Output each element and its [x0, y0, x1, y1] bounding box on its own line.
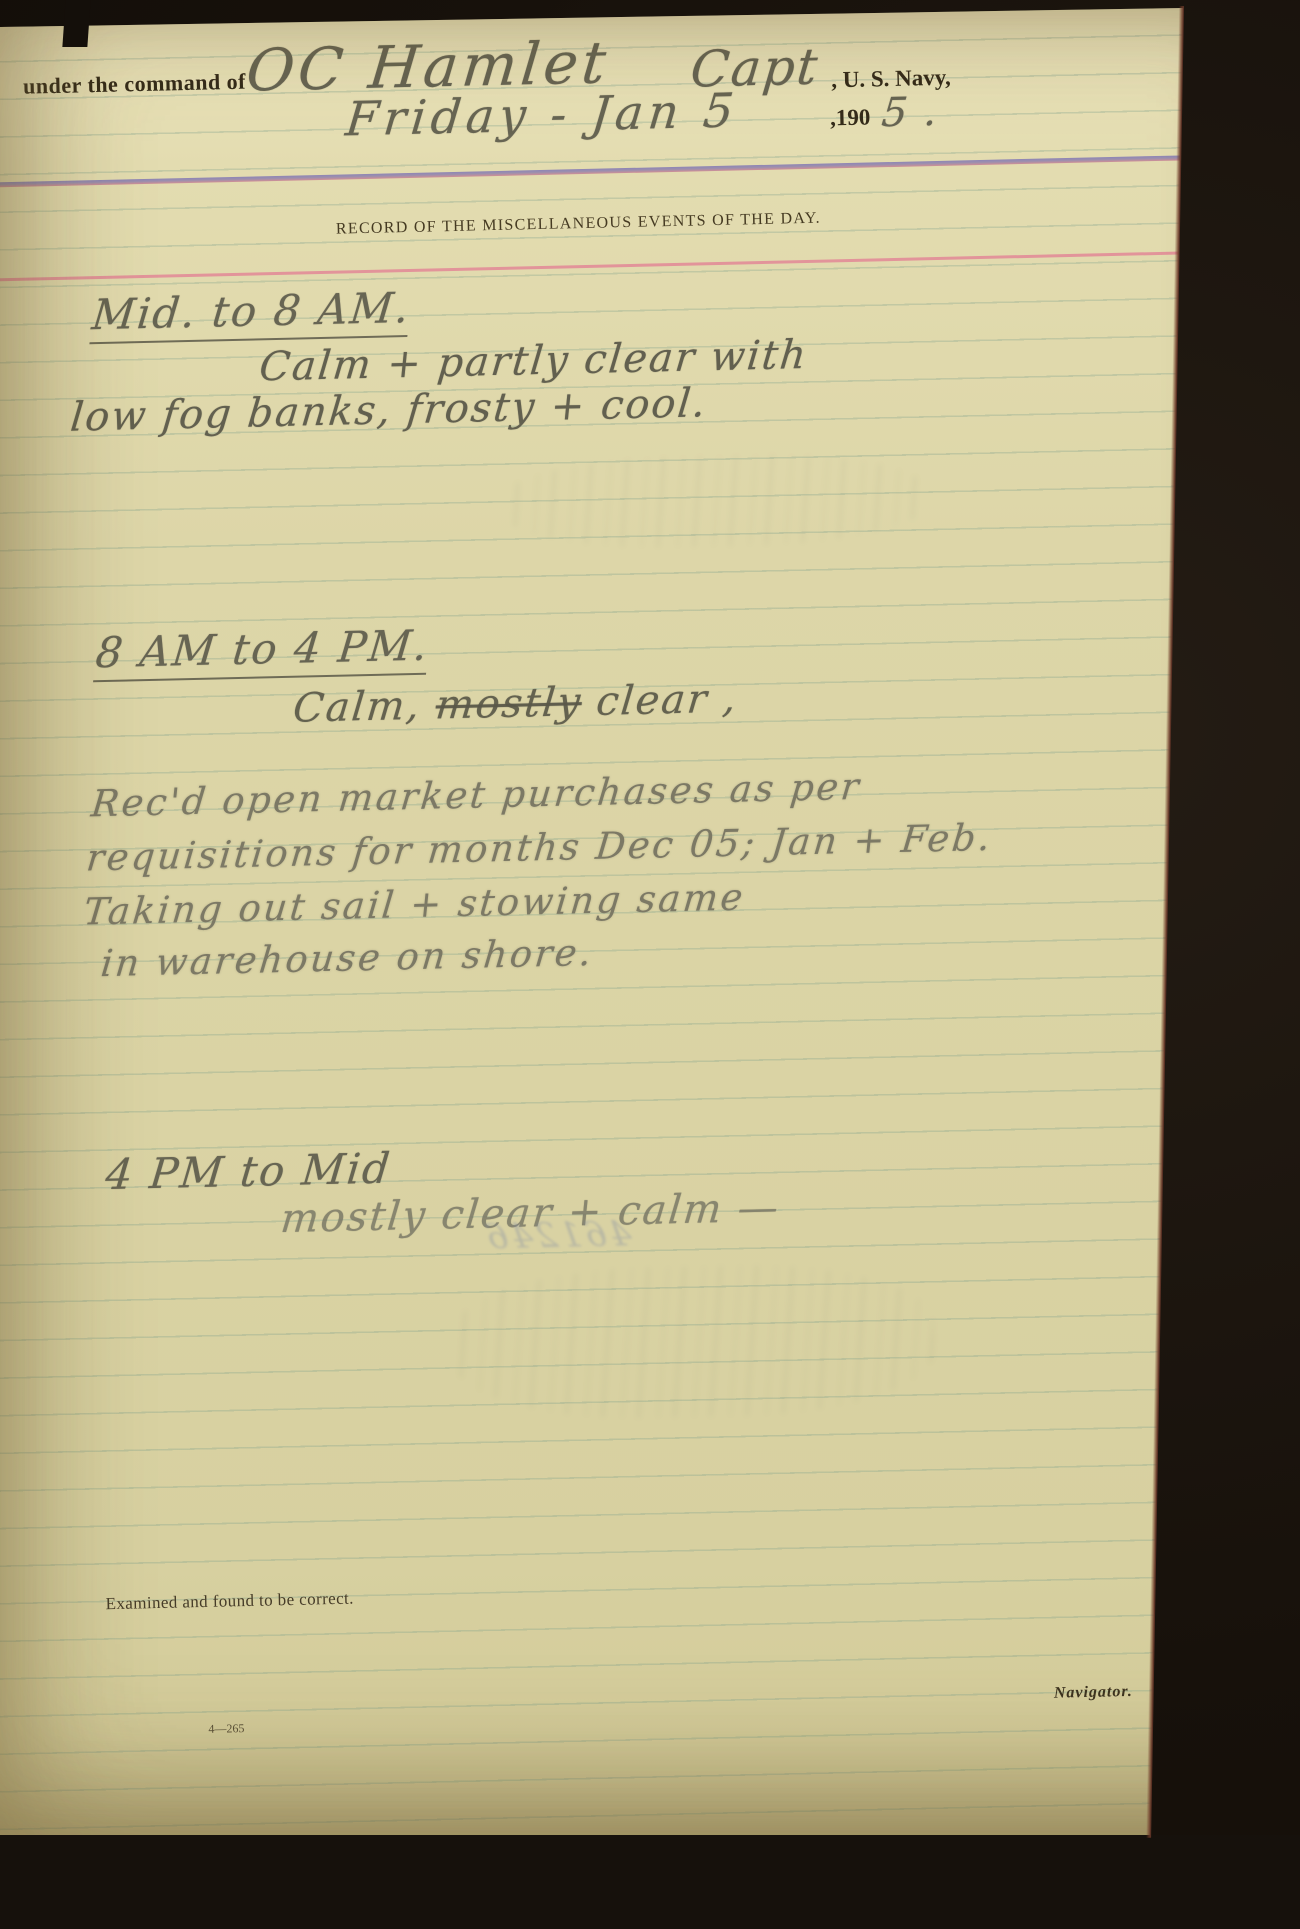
log-page-paper: under the command of OC Hamlet Capt , U.… — [0, 0, 1300, 1835]
paper-vignette — [0, 0, 1300, 1835]
scan-artifact-notch — [62, 0, 90, 47]
scan-background: under the command of OC Hamlet Capt , U.… — [0, 0, 1300, 1835]
